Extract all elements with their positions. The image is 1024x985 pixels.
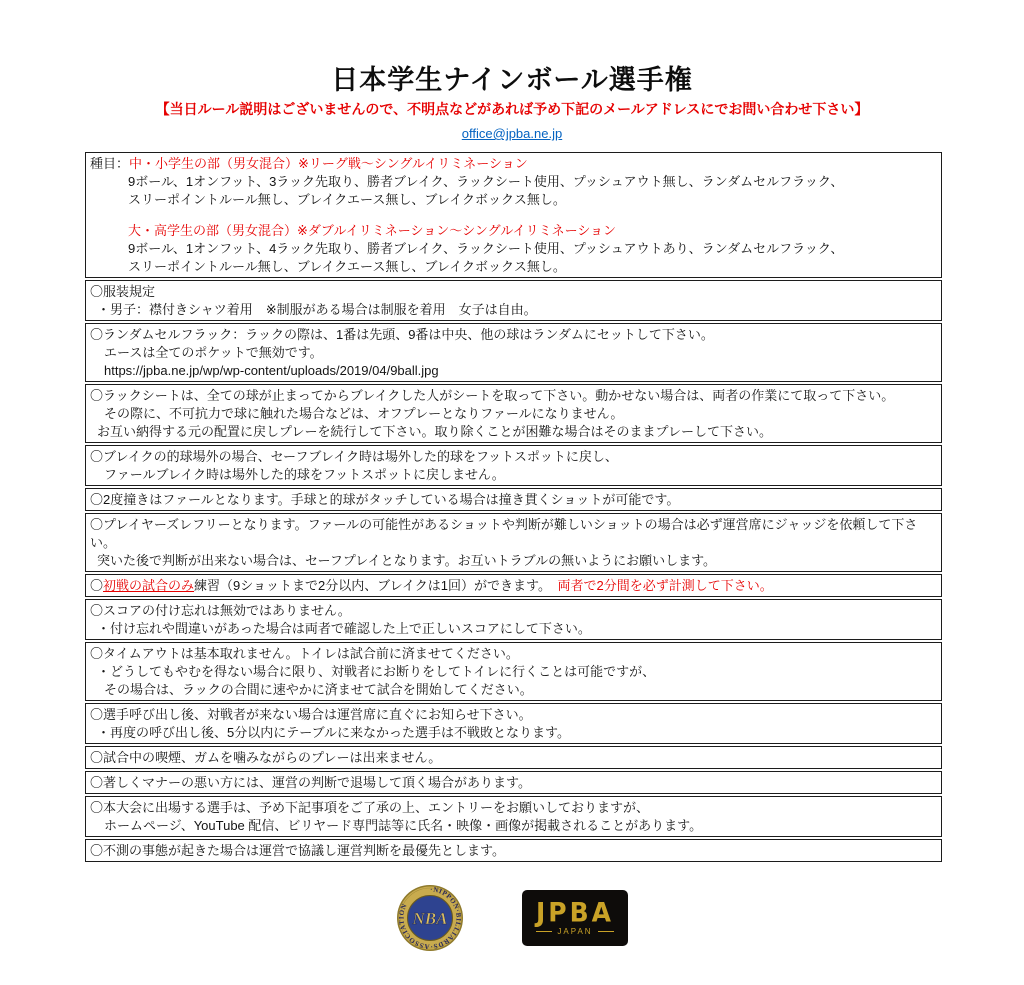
rule-line: 大・高学生の部（男女混合）※ダブルイリミネーション～シングルイリミネーション <box>90 222 937 240</box>
jpba-dash-right <box>598 931 614 932</box>
rule-line: 突いた後で判断が出来ない場合は、セーフプレイとなります。お互いトラブルの無いよう… <box>90 552 937 570</box>
rule-line: 〇初戦の試合のみ練習（9ショットまで2分以内、ブレイクは1回）ができます。 両者… <box>90 577 937 595</box>
text-segment: ファールブレイク時は場外した的球をフットスポットに戻しません。 <box>104 467 505 482</box>
text-segment: 〇 <box>90 578 103 593</box>
rule-line: 〇タイムアウトは基本取れません。トイレは試合前に済ませてください。 <box>90 645 937 663</box>
rule-line: ・男子：襟付きシャツ着用 ※制服がある場合は制服を着用 女子は自由。 <box>90 301 937 319</box>
rule-line: 〇選手呼び出し後、対戦者が来ない場合は運営席に直ぐにお知らせ下さい。 <box>90 706 937 724</box>
rule-row: 〇ラックシートは、全ての球が止まってからブレイクした人がシートを取って下さい。動… <box>85 384 942 443</box>
rule-line: お互い納得する元の配置に戻しプレーを続行して下さい。取り除くことが困難な場合はそ… <box>90 423 937 441</box>
rule-line: スリーポイントルール無し、ブレイクエース無し、ブレイクボックス無し。 <box>90 191 937 209</box>
rule-row: 〇服装規定・男子：襟付きシャツ着用 ※制服がある場合は制服を着用 女子は自由。 <box>85 280 942 321</box>
rule-row: 〇本大会に出場する選手は、予め下記事項をご了承の上、エントリーをお願いしておりま… <box>85 796 942 837</box>
text-segment: 〇スコアの付け忘れは無効ではありません。 <box>90 603 351 618</box>
rule-row: 〇ブレイクの的球場外の場合、セーフブレイク時は場外した的球をフットスポットに戻し… <box>85 445 942 486</box>
rule-row: 〇試合中の喫煙、ガムを噛みながらのプレーは出来ません。 <box>85 746 942 769</box>
rule-line: 9ボール、1オンフット、4ラック先取り、勝者ブレイク、ラックシート使用、プッシュ… <box>90 240 937 258</box>
rules-table: 種目：中・小学生の部（男女混合）※リーグ戦～シングルイリミネーション9ボール、1… <box>85 152 942 862</box>
rule-line: 種目：中・小学生の部（男女混合）※リーグ戦～シングルイリミネーション <box>90 155 937 173</box>
text-segment: 初戦の試合のみ <box>103 578 194 593</box>
contact-email-link[interactable]: office@jpba.ne.jp <box>462 126 562 141</box>
text-segment: スリーポイントルール無し、ブレイクエース無し、ブレイクボックス無し。 <box>128 192 566 207</box>
rule-line: 〇試合中の喫煙、ガムを噛みながらのプレーは出来ません。 <box>90 749 937 767</box>
text-segment: 〇タイムアウトは基本取れません。トイレは試合前に済ませてください。 <box>90 646 519 661</box>
rule-row: 〇著しくマナーの悪い方には、運営の判断で退場して頂く場合があります。 <box>85 771 942 794</box>
rule-row: 〇スコアの付け忘れは無効ではありません。・付け忘れや間違いがあった場合は両者で確… <box>85 599 942 640</box>
text-segment: ホームページ、YouTube 配信、ビリヤード専門誌等に氏名・映像・画像が掲載さ… <box>104 818 702 833</box>
text-segment: ・再度の呼び出し後、5分以内にテーブルに来なかった選手は不戦敗となります。 <box>97 725 570 740</box>
rule-line: 〇ランダムセルフラック：ラックの際は、1番は先頭、9番は中央、他の球はランダムに… <box>90 326 937 344</box>
jpba-logo-text: JPBA <box>536 900 614 925</box>
jpba-logo-subtext: JAPAN <box>557 927 592 936</box>
text-segment: 種目： <box>90 156 129 171</box>
rule-line: 9ボール、1オンフット、3ラック先取り、勝者ブレイク、ラックシート使用、プッシュ… <box>90 173 937 191</box>
text-segment: エースは全てのポケットで無効です。 <box>104 345 323 360</box>
rule-line: 〇服装規定 <box>90 283 937 301</box>
jpba-logo-subtext-row: JAPAN <box>536 927 613 936</box>
text-segment: ・付け忘れや間違いがあった場合は両者で確認した上で正しいスコアにして下さい。 <box>97 621 591 636</box>
rule-row: 〇2度撞きはファールとなります。手球と的球がタッチしている場合は撞き貫くショット… <box>85 488 942 511</box>
rule-line: ・再度の呼び出し後、5分以内にテーブルに来なかった選手は不戦敗となります。 <box>90 724 937 742</box>
text-segment: 9ボール、1オンフット、3ラック先取り、勝者ブレイク、ラックシート使用、プッシュ… <box>128 174 843 189</box>
rule-row: 〇不測の事態が起きた場合は運営で協議し運営判断を最優先とします。 <box>85 839 942 862</box>
rule-line: その場合は、ラックの合間に速やかに済ませて試合を開始してください。 <box>90 681 937 699</box>
document-page: 日本学生ナインボール選手権 【当日ルール説明はございませんので、不明点などがあれ… <box>0 0 1024 985</box>
text-segment: 〇選手呼び出し後、対戦者が来ない場合は運営席に直ぐにお知らせ下さい。 <box>90 707 532 722</box>
rule-line: ・付け忘れや間違いがあった場合は両者で確認した上で正しいスコアにして下さい。 <box>90 620 937 638</box>
rule-row: 種目：中・小学生の部（男女混合）※リーグ戦～シングルイリミネーション9ボール、1… <box>85 152 942 278</box>
text-segment: その際に、不可抗力で球に触れた場合などは、オフプレーとなりファールになりません。 <box>104 406 623 421</box>
footer-logos: ·NIPPON·BILLIARDS·ASSOCIATION NBA JPBA J… <box>0 884 1024 952</box>
text-segment: 〇ブレイクの的球場外の場合、セーフブレイク時は場外した的球をフットスポットに戻し… <box>90 449 618 464</box>
rule-row: 〇初戦の試合のみ練習（9ショットまで2分以内、ブレイクは1回）ができます。 両者… <box>85 574 942 597</box>
text-segment: 大・高学生の部（男女混合）※ダブルイリミネーション～シングルイリミネーション <box>128 223 616 238</box>
nba-center-text: NBA <box>412 909 448 928</box>
rule-row: 〇選手呼び出し後、対戦者が来ない場合は運営席に直ぐにお知らせ下さい。・再度の呼び… <box>85 703 942 744</box>
text-segment: お互い納得する元の配置に戻しプレーを続行して下さい。取り除くことが困難な場合はそ… <box>97 424 772 439</box>
rule-line: https://jpba.ne.jp/wp/wp-content/uploads… <box>90 362 937 380</box>
rule-line: ホームページ、YouTube 配信、ビリヤード専門誌等に氏名・映像・画像が掲載さ… <box>90 817 937 835</box>
rule-line: 〇本大会に出場する選手は、予め下記事項をご了承の上、エントリーをお願いしておりま… <box>90 799 937 817</box>
rule-line: 〇ラックシートは、全ての球が止まってからブレイクした人がシートを取って下さい。動… <box>90 387 937 405</box>
rule-line: 〇著しくマナーの悪い方には、運営の判断で退場して頂く場合があります。 <box>90 774 937 792</box>
rules-notice: 【当日ルール説明はございませんので、不明点などがあれば予め下記のメールアドレスに… <box>0 99 1024 119</box>
text-segment: 〇著しくマナーの悪い方には、運営の判断で退場して頂く場合があります。 <box>90 775 531 790</box>
text-segment: スリーポイントルール無し、ブレイクエース無し、ブレイクボックス無し。 <box>128 259 566 274</box>
rule-line: ・どうしてもやむを得ない場合に限り、対戦者にお断りをしてトイレに行くことは可能で… <box>90 663 937 681</box>
text-segment: 〇2度撞きはファールとなります。手球と的球がタッチしている場合は撞き貫くショット… <box>90 492 679 507</box>
jpba-japan-logo: JPBA JAPAN <box>522 890 628 946</box>
jpba-dash-left <box>536 931 552 932</box>
text-segment: 突いた後で判断が出来ない場合は、セーフプレイとなります。お互いトラブルの無いよう… <box>97 553 716 568</box>
rule-row: 〇ランダムセルフラック：ラックの際は、1番は先頭、9番は中央、他の球はランダムに… <box>85 323 942 382</box>
rule-line: ファールブレイク時は場外した的球をフットスポットに戻しません。 <box>90 466 937 484</box>
text-segment: 9ボール、1オンフット、4ラック先取り、勝者ブレイク、ラックシート使用、プッシュ… <box>128 241 843 256</box>
text-segment: 〇ラックシートは、全ての球が止まってからブレイクした人がシートを取って下さい。動… <box>90 388 894 403</box>
rule-line: 〇スコアの付け忘れは無効ではありません。 <box>90 602 937 620</box>
text-segment: ・どうしてもやむを得ない場合に限り、対戦者にお断りをしてトイレに行くことは可能で… <box>97 664 655 679</box>
rule-row: 〇タイムアウトは基本取れません。トイレは試合前に済ませてください。・どうしてもや… <box>85 642 942 701</box>
text-segment: ・男子：襟付きシャツ着用 ※制服がある場合は制服を着用 女子は自由。 <box>97 302 537 317</box>
rule-line: 〇プレイヤーズレフリーとなります。ファールの可能性があるショットや判断が難しいシ… <box>90 516 937 552</box>
blank-line <box>90 209 937 222</box>
text-segment: その場合は、ラックの合間に速やかに済ませて試合を開始してください。 <box>104 682 533 697</box>
rule-line: 〇不測の事態が起きた場合は運営で協議し運営判断を最優先とします。 <box>90 842 937 860</box>
rule-line: 〇2度撞きはファールとなります。手球と的球がタッチしている場合は撞き貫くショット… <box>90 491 937 509</box>
document-header: 日本学生ナインボール選手権 【当日ルール説明はございませんので、不明点などがあれ… <box>0 0 1024 143</box>
text-segment: 中・小学生の部（男女混合）※リーグ戦～シングルイリミネーション <box>129 156 528 171</box>
text-segment: 両者で2分間を必ず計測して下さい。 <box>558 578 773 593</box>
nba-association-logo-icon: ·NIPPON·BILLIARDS·ASSOCIATION NBA <box>396 884 464 952</box>
rule-line: 〇ブレイクの的球場外の場合、セーフブレイク時は場外した的球をフットスポットに戻し… <box>90 448 937 466</box>
rule-row: 〇プレイヤーズレフリーとなります。ファールの可能性があるショットや判断が難しいシ… <box>85 513 942 572</box>
text-segment: 〇プレイヤーズレフリーとなります。ファールの可能性があるショットや判断が難しいシ… <box>90 517 917 550</box>
text-segment: 〇ランダムセルフラック：ラックの際は、1番は先頭、9番は中央、他の球はランダムに… <box>90 327 714 342</box>
rule-line: スリーポイントルール無し、ブレイクエース無し、ブレイクボックス無し。 <box>90 258 937 276</box>
text-segment: 〇本大会に出場する選手は、予め下記事項をご了承の上、エントリーをお願いしておりま… <box>90 800 649 815</box>
page-title: 日本学生ナインボール選手権 <box>0 58 1024 97</box>
rule-line: エースは全てのポケットで無効です。 <box>90 344 937 362</box>
text-segment: 練習（9ショットまで2分以内、ブレイクは1回）ができます。 <box>194 578 557 593</box>
text-segment: 〇服装規定 <box>90 284 155 299</box>
text-segment: https://jpba.ne.jp/wp/wp-content/uploads… <box>104 363 439 378</box>
text-segment: 〇不測の事態が起きた場合は運営で協議し運営判断を最優先とします。 <box>90 843 505 858</box>
rule-line: その際に、不可抗力で球に触れた場合などは、オフプレーとなりファールになりません。 <box>90 405 937 423</box>
text-segment: 〇試合中の喫煙、ガムを噛みながらのプレーは出来ません。 <box>90 750 441 765</box>
